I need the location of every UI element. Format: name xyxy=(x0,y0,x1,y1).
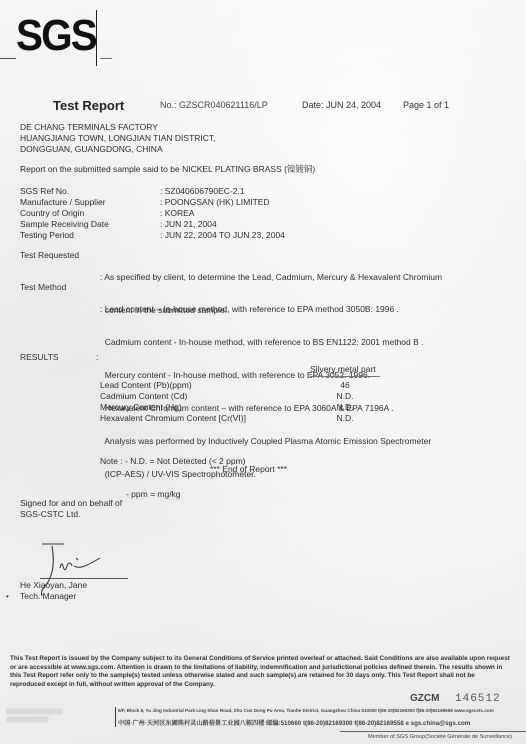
serial-prefix: GZCM xyxy=(410,693,439,704)
result-value: N.D. xyxy=(300,402,390,413)
signature-line xyxy=(40,578,128,579)
serial-number: 146512 xyxy=(455,693,501,705)
sgs-logo: SGS xyxy=(16,12,96,60)
test-method-label: Test Method xyxy=(20,282,66,293)
results-colon: : xyxy=(96,352,98,363)
client-address: DE CHANG TERMINALS FACTORY HUANGJIANG TO… xyxy=(20,122,216,155)
info-value: : SZ040606790EC-2.1 xyxy=(160,186,245,197)
test-requested-label: Test Requested xyxy=(20,250,79,261)
footer-address-cn: 中国·广州·天河区东圃珠村灵山路裕景工业园八栋四楼 邮编:510660 t(86… xyxy=(118,718,470,727)
test-report-page: SGS Test Report No.: GZSCR040621116/LP D… xyxy=(0,0,526,744)
result-name: Hexavalent Chromium Content [Cr(VI)] xyxy=(100,413,246,424)
footer-address-en: 6/F, Block 8, Yu Jing Industrial Park Li… xyxy=(118,708,494,713)
info-label: Manufacture / Supplier xyxy=(20,197,160,208)
info-value: : KOREA xyxy=(160,208,194,219)
info-label: Country of Origin xyxy=(20,208,160,219)
sample-info: SGS Ref No.: SZ040606790EC-2.1 Manufactu… xyxy=(20,186,285,241)
results-label: RESULTS xyxy=(20,352,59,363)
info-label: Testing Period xyxy=(20,230,160,241)
results-column-header: Silvery metal part xyxy=(310,364,376,375)
logo-rule-left xyxy=(0,58,16,59)
address-line: DONGGUAN, GUANGDONG, CHINA xyxy=(20,144,216,155)
signed-line: Signed for and on behalf of xyxy=(20,498,122,509)
address-line: DE CHANG TERMINALS FACTORY xyxy=(20,122,216,133)
info-row: Manufacture / Supplier: POONGSAN (HK) LI… xyxy=(20,197,285,208)
results-values: 46 N.D. N.D. N.D. xyxy=(300,380,390,424)
report-number: No.: GZSCR040621116/LP xyxy=(160,100,268,110)
result-name: Mercury Content (Hg) xyxy=(100,402,246,413)
margin-dot: • xyxy=(6,592,9,601)
footer-address-divider xyxy=(115,707,116,727)
logo-rule-right xyxy=(100,58,112,59)
info-row: Testing Period: JUN 22, 2004 TO JUN 23, … xyxy=(20,230,285,241)
info-row: SGS Ref No.: SZ040606790EC-2.1 xyxy=(20,186,285,197)
info-value: : JUN 22, 2004 TO JUN 23, 2004 xyxy=(160,230,285,241)
footer-member: Member of SGS Group(Société Générale de … xyxy=(368,734,512,740)
end-of-report: *** End of Report *** xyxy=(210,464,287,475)
page-title: Test Report xyxy=(53,98,124,113)
signed-line: SGS-CSTC Ltd. xyxy=(20,509,122,520)
signer-block: He Xiaoyan, Jane Tech. Manager xyxy=(20,580,87,602)
results-names: Lead Content (Pb)(ppm) Cadmium Content (… xyxy=(100,380,246,424)
info-row: Sample Receiving Date: JUN 21, 2004 xyxy=(20,219,285,230)
signed-on-behalf: Signed for and on behalf of SGS-CSTC Ltd… xyxy=(20,498,122,520)
page-indicator: Page 1 of 1 xyxy=(403,100,449,110)
text-line: : Lead content – In-house method, with r… xyxy=(100,304,431,315)
signer-name: He Xiaoyan, Jane xyxy=(20,580,87,591)
report-date: Date: JUN 24, 2004 xyxy=(302,100,381,110)
info-row: Country of Origin: KOREA xyxy=(20,208,285,219)
result-value: N.D. xyxy=(300,413,390,424)
footer-faded-text: ▒▒▒▒▒▒▒▒▒▒▒▒▒▒▒▒ ▒▒▒▒▒▒▒▒▒▒▒▒ xyxy=(6,708,63,724)
info-label: SGS Ref No. xyxy=(20,186,160,197)
report-subject: Report on the submitted sample said to b… xyxy=(20,164,315,175)
footer-disclaimer: This Test Report is issued by the Compan… xyxy=(10,655,510,689)
address-line: HUANGJIANG TOWN, LONGJIAN TIAN DISTRICT, xyxy=(20,133,216,144)
info-label: Sample Receiving Date xyxy=(20,219,160,230)
result-name: Cadmium Content (Cd) xyxy=(100,391,246,402)
result-name: Lead Content (Pb)(ppm) xyxy=(100,380,246,391)
info-value: : POONGSAN (HK) LIMITED xyxy=(160,197,270,208)
text-line: Cadmium content - In-house method, with … xyxy=(100,337,431,348)
column-header-underline xyxy=(310,376,380,377)
result-value: N.D. xyxy=(300,391,390,402)
signer-title: Tech. Manager xyxy=(20,591,87,602)
info-value: : JUN 21, 2004 xyxy=(160,219,217,230)
footer-rule xyxy=(340,731,526,732)
logo-divider xyxy=(96,10,97,66)
result-value: 46 xyxy=(300,380,390,391)
